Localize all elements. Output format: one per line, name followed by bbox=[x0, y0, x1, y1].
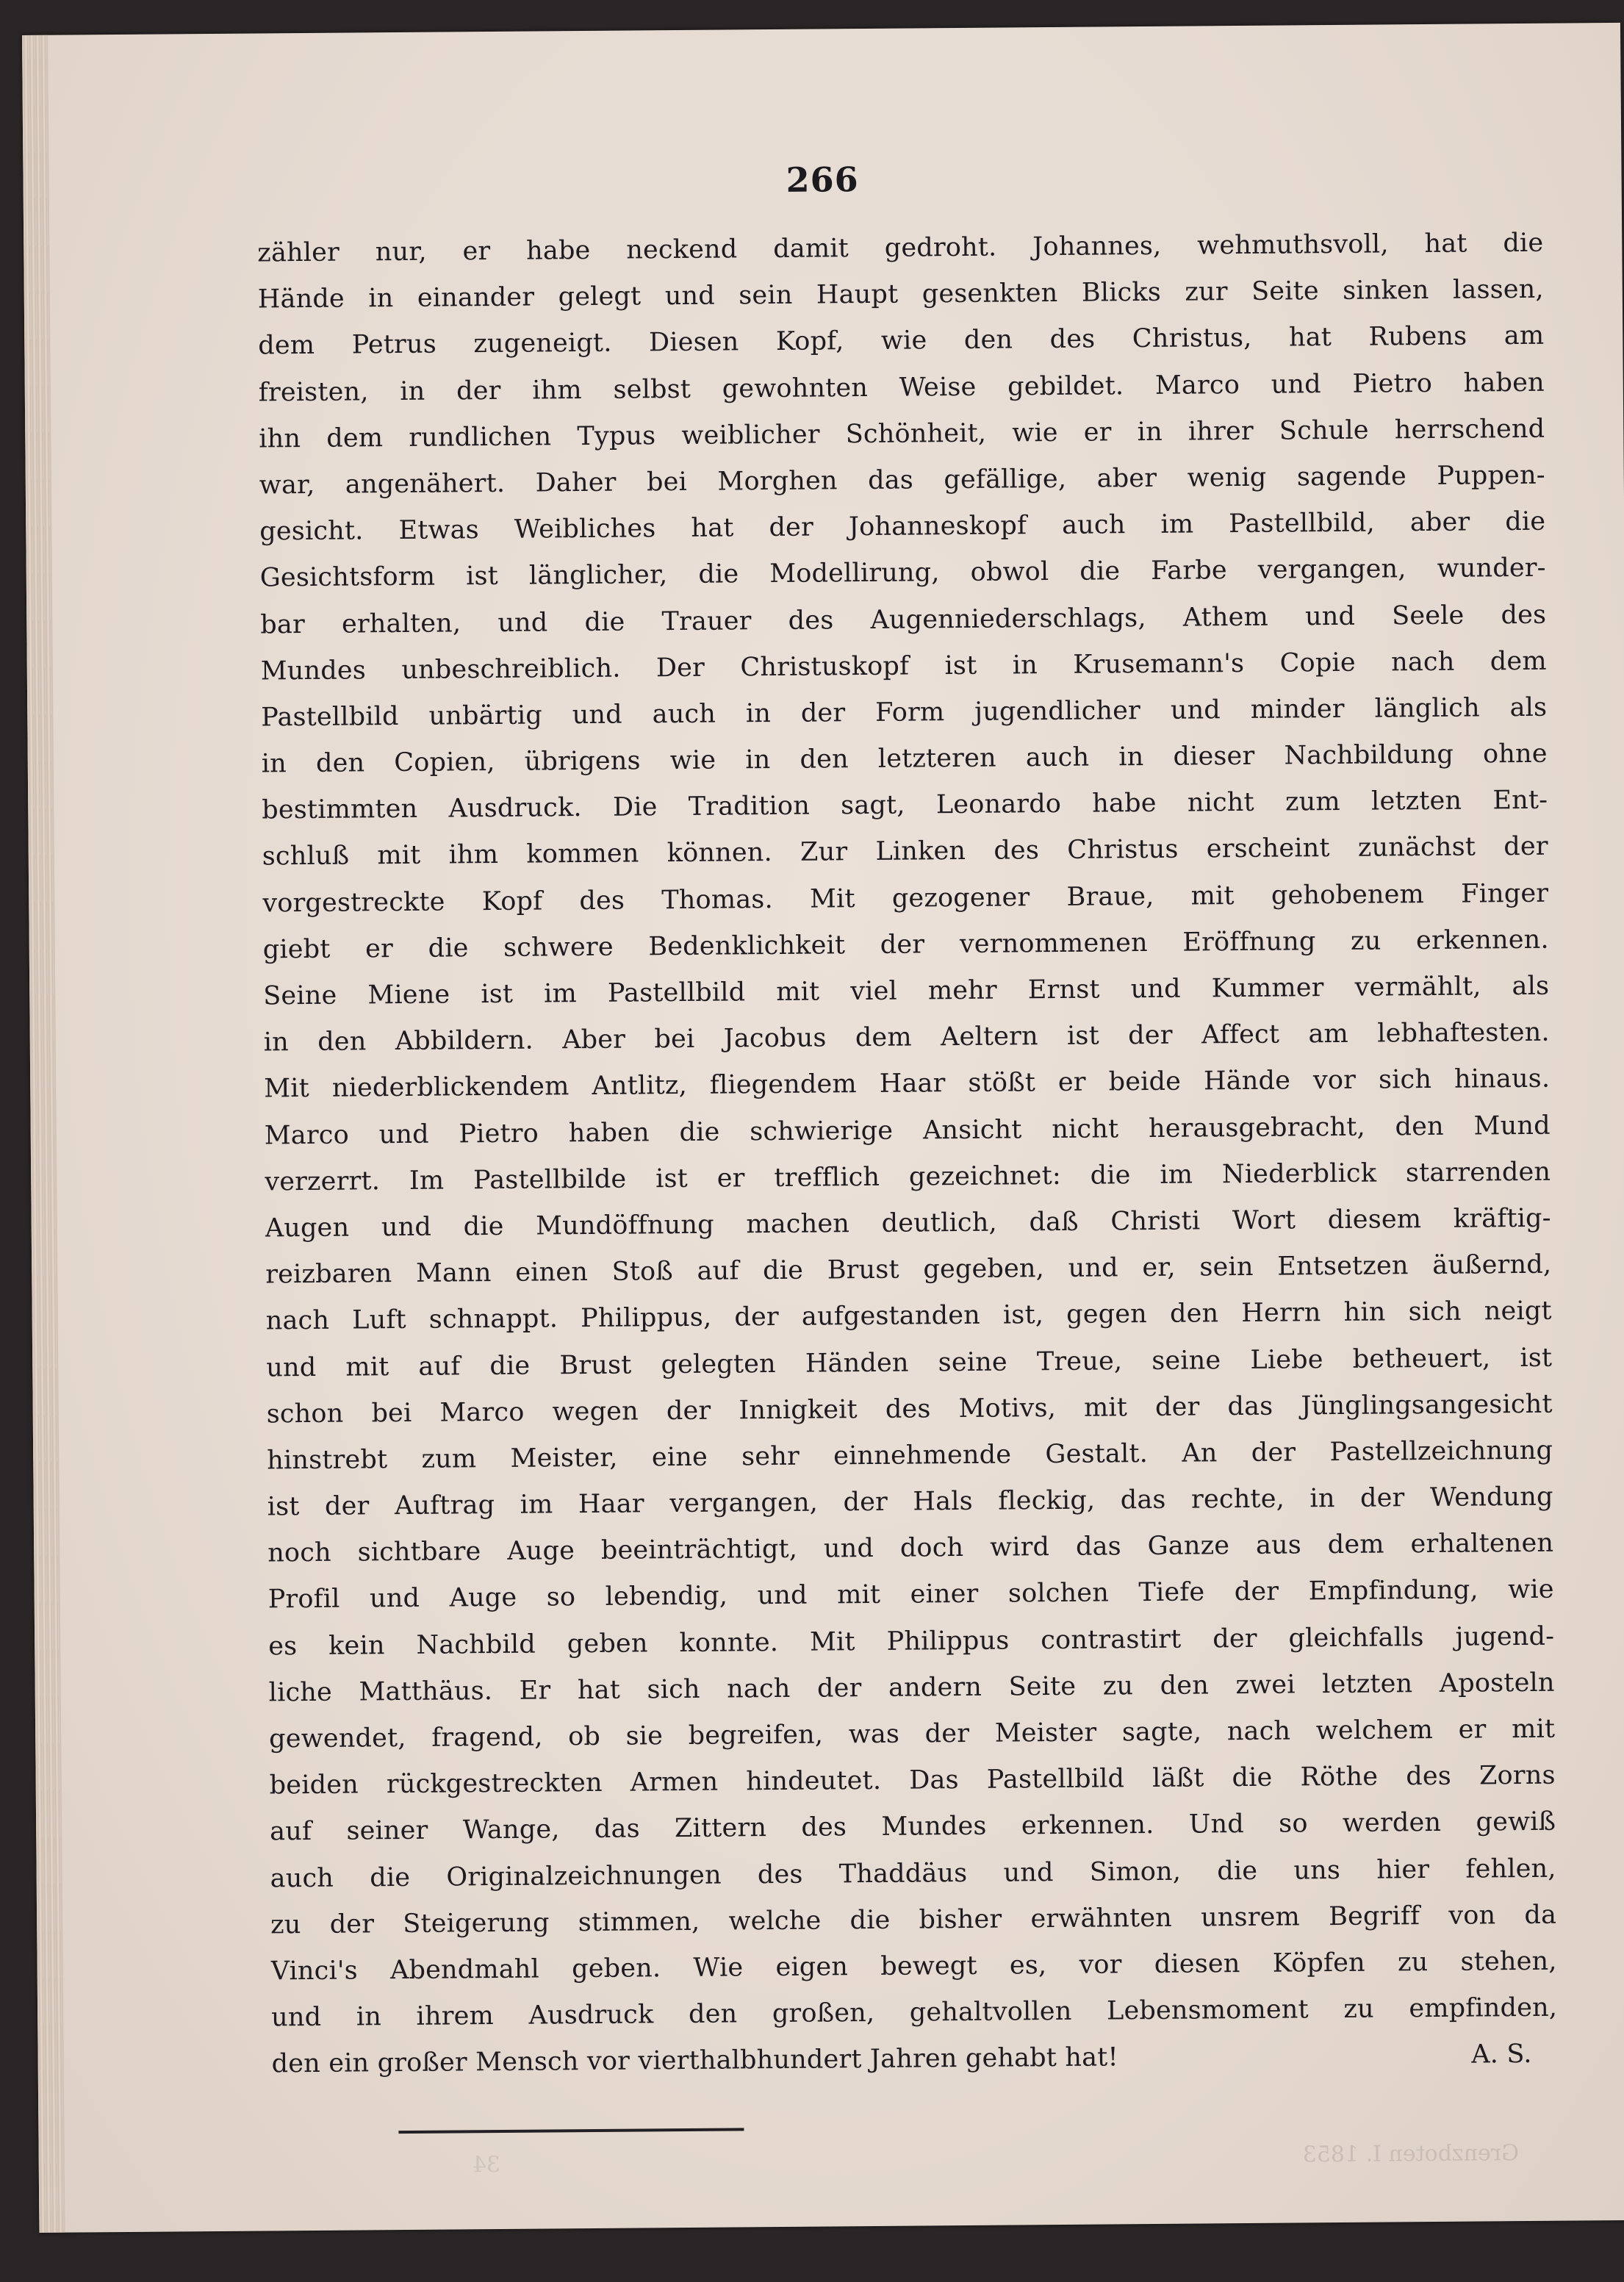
closing-sentence: den ein großer Mensch vor vierthalbhunde… bbox=[272, 2043, 1118, 2079]
show-through-signature-mark: 34 bbox=[473, 2152, 500, 2178]
book-page: 266 zähler nur, er habe neckend damit ge… bbox=[22, 23, 1624, 2233]
page-number: 266 bbox=[23, 154, 1621, 206]
show-through-text: Grenzboten I. 1853 bbox=[1303, 2140, 1520, 2167]
text-line-final: den ein großer Mensch vor vierthalbhunde… bbox=[271, 2031, 1557, 2088]
section-end-rule bbox=[398, 2128, 744, 2134]
page-edge-stack bbox=[22, 35, 65, 2233]
body-text: zähler nur, er habe neckend damit gedroh… bbox=[257, 220, 1558, 2088]
author-signature: A. S. bbox=[1471, 2031, 1532, 2078]
